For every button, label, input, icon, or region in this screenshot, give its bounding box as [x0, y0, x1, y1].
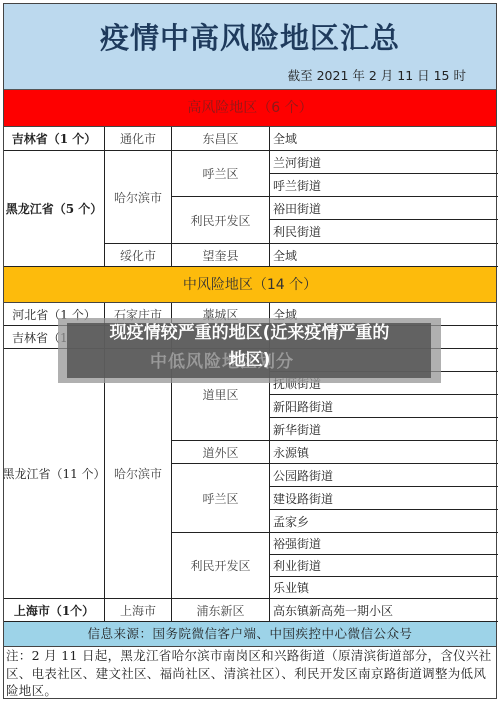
street-cell: 兰河街道 — [270, 151, 498, 174]
street-cell: 高东镇新高苑一期小区 — [270, 599, 498, 622]
street-cell: 新阳路街道 — [270, 395, 498, 418]
caption-overlay-text: 现疫情较严重的地区(近来疫情严重的 地区) — [58, 320, 441, 374]
province-cell: 吉林省（1 个） — [4, 127, 105, 151]
street-cell: 裕田街道 — [270, 197, 498, 220]
street-cell: 新华街道 — [270, 418, 498, 441]
street-cell: 公园路街道 — [270, 464, 498, 487]
district-cell: 利民开发区 — [172, 197, 270, 244]
street-cell: 呼兰街道 — [270, 174, 498, 197]
street-cell: 建设路街道 — [270, 487, 498, 510]
street-cell: 永源镇 — [270, 441, 498, 464]
city-cell: 通化市 — [105, 127, 172, 151]
district-cell: 望奎县 — [172, 244, 270, 267]
district-cell: 利民开发区 — [172, 533, 270, 599]
as-of-timestamp: 截至 2021 年 2 月 11 日 15 时 — [288, 66, 466, 84]
city-cell: 绥化市 — [105, 244, 172, 267]
district-cell: 浦东新区 — [172, 599, 270, 622]
medium-risk-header: 中风险地区（14 个） — [4, 267, 496, 303]
page-title: 疫情中高风险地区汇总 — [4, 16, 496, 57]
footnote: 注：2 月 11 日起，黑龙江省哈尔滨市南岗区和兴路街道（原清滨街道部分，含仪兴… — [6, 647, 494, 700]
city-cell: 哈尔滨市 — [105, 349, 172, 599]
province-cell: 黑龙江省（11 个） — [4, 349, 105, 599]
info-source: 信息来源：国务院微信客户端、中国疾控中心微信公众号 — [4, 622, 496, 647]
province-cell: 黑龙江省（5 个） — [4, 151, 105, 267]
province-cell: 上海市（1个） — [4, 599, 105, 622]
high-risk-header: 高风险地区（6 个） — [4, 90, 496, 127]
caption-line-2: 地区) — [58, 347, 441, 374]
street-cell: 全域 — [270, 244, 498, 267]
street-cell: 利业街道 — [270, 555, 498, 577]
title-band: 疫情中高风险地区汇总 截至 2021 年 2 月 11 日 15 时 — [4, 4, 496, 90]
district-cell: 呼兰区 — [172, 464, 270, 533]
city-cell: 上海市 — [105, 599, 172, 622]
district-cell: 呼兰区 — [172, 151, 270, 197]
street-cell: 乐业镇 — [270, 577, 498, 599]
city-cell: 哈尔滨市 — [105, 151, 172, 244]
district-cell: 东昌区 — [172, 127, 270, 151]
street-cell: 全域 — [270, 127, 498, 151]
caption-line-1: 现疫情较严重的地区(近来疫情严重的 — [58, 320, 441, 347]
district-cell: 道外区 — [172, 441, 270, 464]
street-cell: 裕强街道 — [270, 533, 498, 555]
street-cell: 孟家乡 — [270, 510, 498, 533]
street-cell: 利民街道 — [270, 220, 498, 244]
